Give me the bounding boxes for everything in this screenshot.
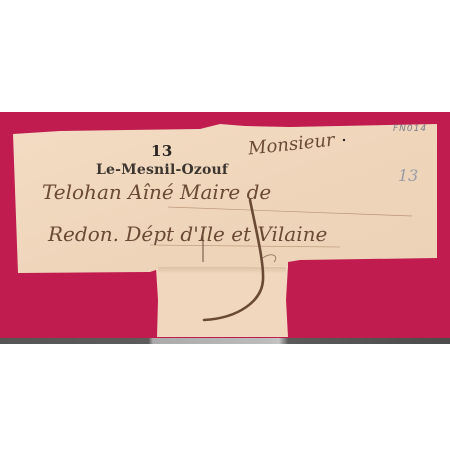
pencil-reference: FN014 (393, 124, 427, 134)
address-line-3: Redon. Dépt d'Ile et Vilaine (48, 222, 327, 246)
address-line-2: Telohan Aîné Maire de (42, 180, 271, 204)
pencil-mark: 13 (398, 166, 418, 185)
postmark-town: Le-Mesnil-Ozouf (96, 162, 228, 178)
postmark-department-number: 13 (151, 142, 173, 160)
bottom-gray-strip (0, 338, 450, 344)
cover-fold-flap (156, 266, 288, 337)
